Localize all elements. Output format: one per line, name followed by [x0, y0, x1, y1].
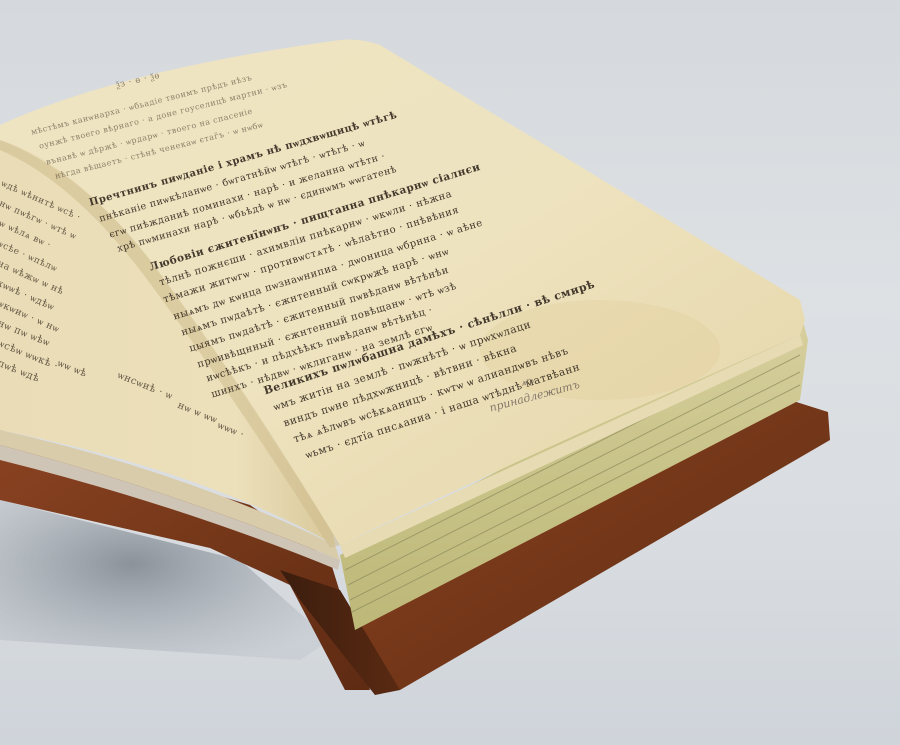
- photo-scene: ѯз · ѳ · ѯѳ мѣстѣмъ канѡнарха · ѡбьадіе …: [0, 0, 900, 745]
- book-illustration: [0, 0, 900, 745]
